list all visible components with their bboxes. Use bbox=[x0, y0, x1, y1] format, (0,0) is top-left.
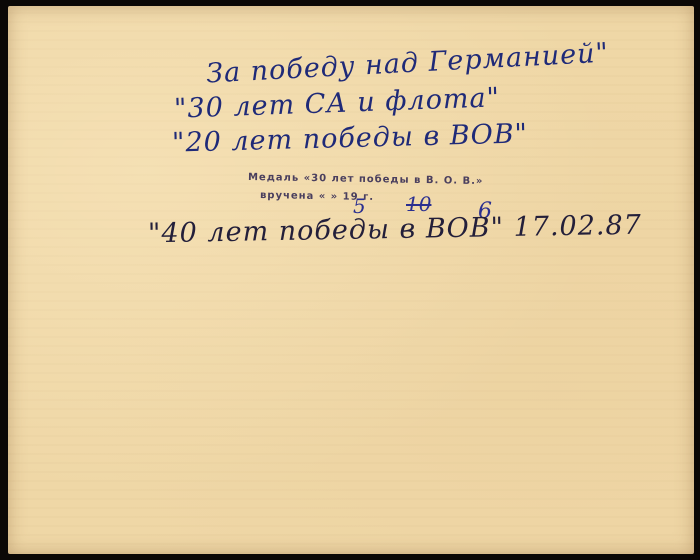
handwritten-line-3: "20 лет победы в ВОВ" bbox=[172, 118, 529, 158]
stamp-filled-month: 10 bbox=[406, 192, 431, 216]
stamp-line-1: Медаль «30 лет победы в В. О. В.» bbox=[248, 172, 484, 187]
handwritten-line-1: За победу над Германией" bbox=[205, 37, 609, 89]
document-paper: За победу над Германией" "30 лет СА и фл… bbox=[8, 6, 694, 554]
handwritten-line-4: "40 лет победы в ВОВ" 17.02.87 bbox=[148, 210, 642, 250]
